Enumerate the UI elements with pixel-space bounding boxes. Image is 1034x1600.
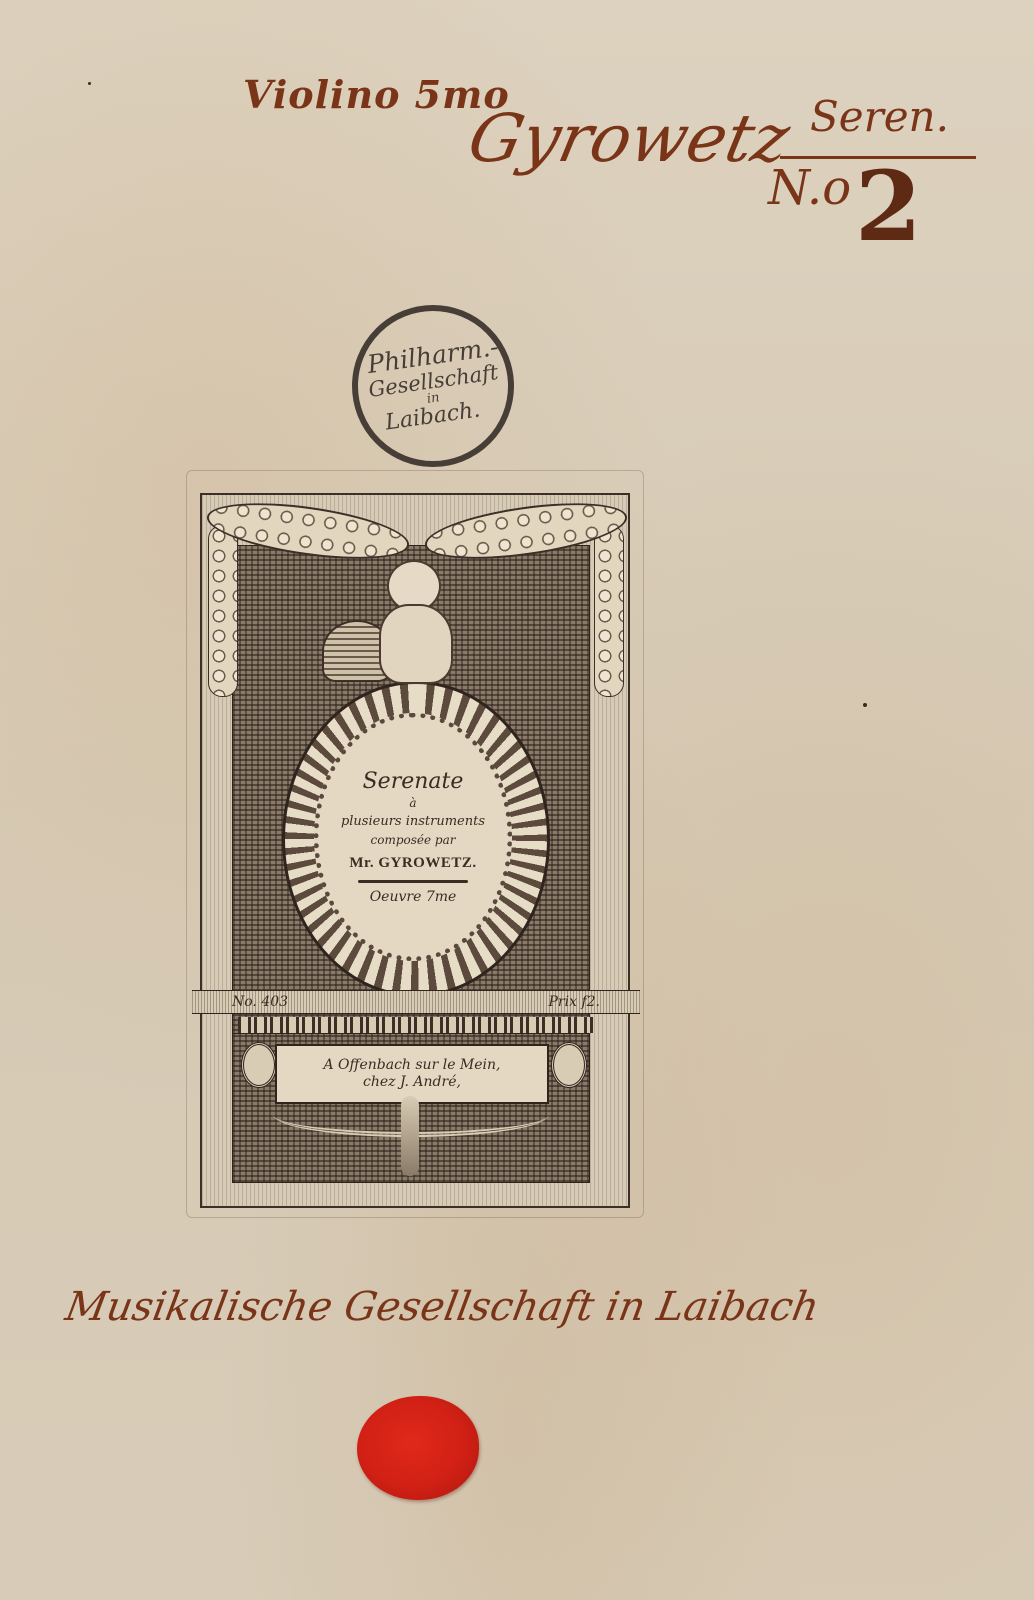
dentil-molding: [238, 1017, 594, 1033]
publisher-line-1: A Offenbach sur le Mein,: [324, 1057, 501, 1075]
scroll-left-icon: [241, 1042, 277, 1088]
composer-engraved: Mr. GYROWETZ.: [349, 855, 476, 872]
ownership-stamp: Philharm.- Gesellschaft in Laibach.: [352, 305, 514, 467]
plate-band: No. 403 Prix f2.: [192, 990, 640, 1014]
title-preposition: à: [409, 796, 416, 810]
number-prefix: N.o: [768, 160, 851, 216]
paper-speck: [863, 703, 867, 707]
title: Serenate: [363, 769, 464, 794]
stamp-line: Laibach.: [384, 399, 482, 435]
instrumentation: plusieurs instruments: [341, 814, 485, 829]
title-cartouche: Serenate à plusieurs instruments composé…: [314, 713, 512, 961]
scroll-right-icon: [551, 1042, 587, 1088]
flower-garland-right-icon: [594, 525, 624, 697]
cherub-body-icon: [379, 604, 453, 684]
plate-number: No. 403: [232, 994, 288, 1010]
wax-seal-icon: [357, 1396, 479, 1500]
paper-speck: [88, 82, 91, 85]
owner-inscription: Musikalische Gesellschaft in Laibach: [62, 1284, 823, 1330]
divider-rule: [358, 880, 468, 883]
tassel-icon: [401, 1096, 419, 1176]
flower-garland-left-icon: [208, 525, 238, 697]
cherub-icon: [377, 560, 449, 690]
part-label: Violino 5mo: [243, 72, 510, 117]
composed-by: composée par: [371, 833, 456, 847]
engraved-title-plate: Serenate à plusieurs instruments composé…: [200, 493, 630, 1208]
number-value: 2: [855, 150, 922, 263]
publisher-line-2: chez J. André,: [363, 1074, 461, 1092]
lower-panel: A Offenbach sur le Mein, chez J. André,: [232, 1033, 590, 1183]
genre-abbreviation: Seren.: [810, 92, 949, 141]
opus-number: Oeuvre 7me: [370, 889, 457, 905]
price: Prix f2.: [549, 994, 600, 1010]
composer-handwritten: Gyrowetz: [462, 100, 797, 177]
